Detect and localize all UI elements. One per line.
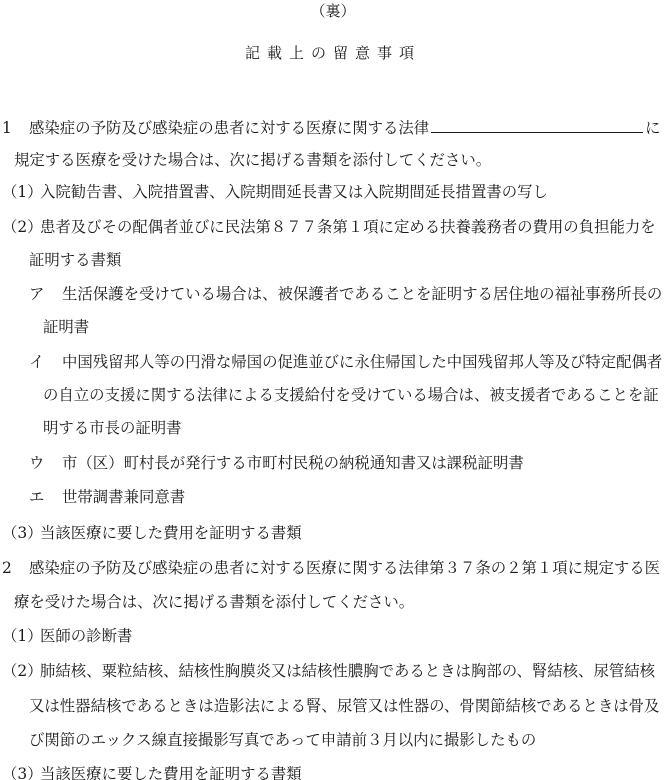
subitem-e: エ世帯調書兼同意書 — [29, 486, 185, 508]
section-1-text-after-blank: に — [645, 119, 660, 137]
page-title: 記載上の留意事項 — [0, 42, 666, 64]
subitem-marker: ウ — [29, 452, 62, 474]
section-2-item-2-continuation-2: び関節のエックス線直接撮影写真であって申請前３月以内に撮影したもの — [29, 729, 536, 751]
law-name-blank-field[interactable] — [431, 116, 643, 133]
section-2-number: 2 — [2, 557, 29, 579]
item-text: 患者及びその配偶者並びに民法第８７７条第１項に定める扶養義務者の費用の負担能力を — [40, 218, 656, 236]
section-2-continuation-line: 療を受けた場合は、次に掲げる書類を添付してください。 — [14, 591, 414, 613]
section-2-text: 感染症の予防及び感染症の患者に対する医療に関する法律第３７条の２第１項に規定する… — [29, 559, 660, 577]
subitem-a: ア生活保護を受けている場合は、被保護者であることを証明する居住地の福祉事務所長の — [29, 283, 662, 305]
section-1-number: 1 — [2, 117, 29, 139]
section-1-heading-line: 1感染症の予防及び感染症の患者に対する医療に関する法律に — [2, 116, 661, 139]
section-1-text-before-blank: 感染症の予防及び感染症の患者に対する医療に関する法律 — [29, 119, 429, 137]
section-2-item-1: （1）医師の診断書 — [2, 625, 132, 647]
section-2-heading-line: 2感染症の予防及び感染症の患者に対する医療に関する法律第３７条の２第１項に規定す… — [2, 557, 660, 579]
item-marker: （2） — [2, 216, 40, 238]
section-1-item-2: （2）患者及びその配偶者並びに民法第８７７条第１項に定める扶養義務者の費用の負担… — [2, 216, 656, 238]
subitem-text: 生活保護を受けている場合は、被保護者であることを証明する居住地の福祉事務所長の — [62, 285, 662, 303]
subitem-text: 世帯調書兼同意書 — [62, 488, 185, 506]
section-2-item-3: （3）当該医療に要した費用を証明する書類 — [2, 763, 302, 780]
subitem-marker: ア — [29, 283, 62, 305]
item-text: 医師の診断書 — [40, 627, 132, 645]
subitem-text: 中国残留邦人等の円滑な帰国の促進並びに永住帰国した中国残留邦人等及び特定配偶者 — [62, 353, 662, 371]
item-marker: （3） — [2, 763, 40, 780]
section-1-item-2-continuation: 証明する書類 — [29, 249, 121, 271]
section-2-item-2-continuation-1: 又は性器結核であるときは造影法による腎、尿管又は性器の、骨関節結核であるときは骨… — [29, 695, 659, 717]
subitem-u: ウ市（区）町村長が発行する市町村民税の納税通知書又は課税証明書 — [29, 452, 524, 474]
page-side-mark: （裏） — [0, 0, 666, 22]
item-marker: （1） — [2, 625, 40, 647]
subitem-text: 市（区）町村長が発行する市町村民税の納税通知書又は課税証明書 — [62, 454, 524, 472]
item-text: 当該医療に要した費用を証明する書類 — [40, 765, 302, 780]
subitem-i-continuation-1: の自立の支援に関する法律による支援給付を受けている場合は、被支援者であることを証 — [43, 384, 659, 406]
item-text: 入院勧告書、入院措置書、入院期間延長書又は入院期間延長措置書の写し — [40, 183, 548, 201]
subitem-marker: イ — [29, 351, 62, 373]
section-1-continuation-line: 規定する医療を受けた場合は、次に掲げる書類を添付してください。 — [14, 149, 491, 171]
item-marker: （2） — [2, 660, 40, 682]
section-2-item-2: （2）肺結核、粟粒結核、結核性胸膜炎又は結核性膿胸であるときは胸部の、腎結核、尿… — [2, 660, 655, 682]
section-1-item-1: （1）入院勧告書、入院措置書、入院期間延長書又は入院期間延長措置書の写し — [2, 181, 548, 203]
item-marker: （1） — [2, 181, 40, 203]
subitem-i-continuation-2: 明する市長の証明書 — [43, 417, 182, 439]
item-marker: （3） — [2, 522, 40, 544]
subitem-a-continuation: 証明書 — [43, 316, 89, 338]
section-1-item-3: （3）当該医療に要した費用を証明する書類 — [2, 522, 302, 544]
item-text: 肺結核、粟粒結核、結核性胸膜炎又は結核性膿胸であるときは胸部の、腎結核、尿管結核 — [40, 662, 655, 680]
item-text: 当該医療に要した費用を証明する書類 — [40, 524, 302, 542]
subitem-marker: エ — [29, 486, 62, 508]
subitem-i: イ中国残留邦人等の円滑な帰国の促進並びに永住帰国した中国残留邦人等及び特定配偶者 — [29, 351, 662, 373]
